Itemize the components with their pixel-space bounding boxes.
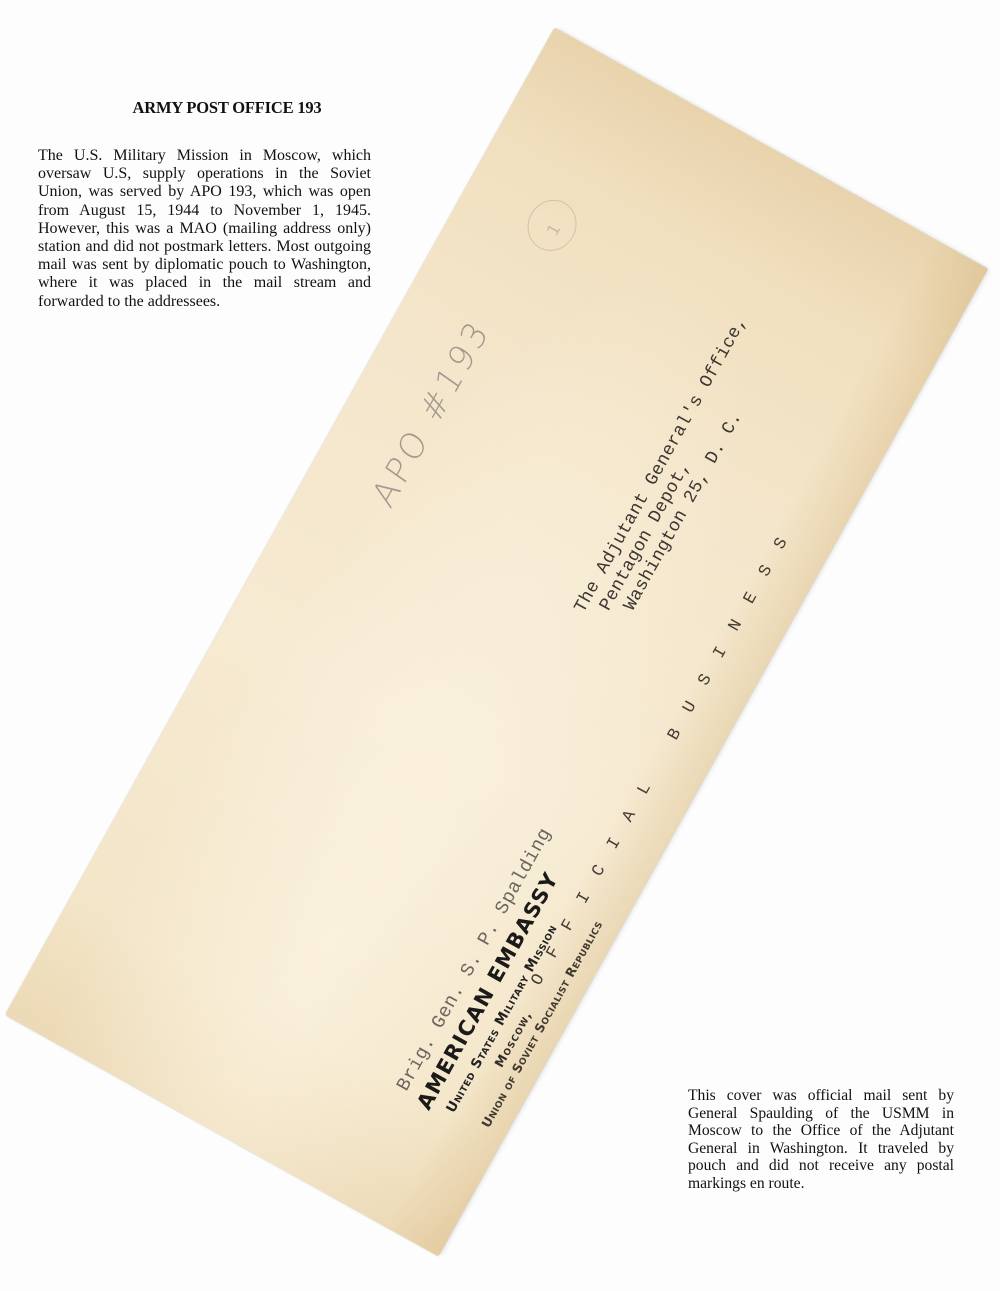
intro-paragraph: The U.S. Military Mission in Moscow, whi… [38, 147, 371, 311]
pencil-note-apo: APO #193 [365, 311, 498, 515]
cover-caption: This cover was official mail sent by Gen… [688, 1087, 954, 1193]
page-title: ARMY POST OFFICE 193 [92, 98, 362, 118]
official-business-endorsement: OFFICIAL BUSINESS [528, 516, 803, 989]
return-organization: AMERICAN EMBASSY [412, 868, 563, 1114]
